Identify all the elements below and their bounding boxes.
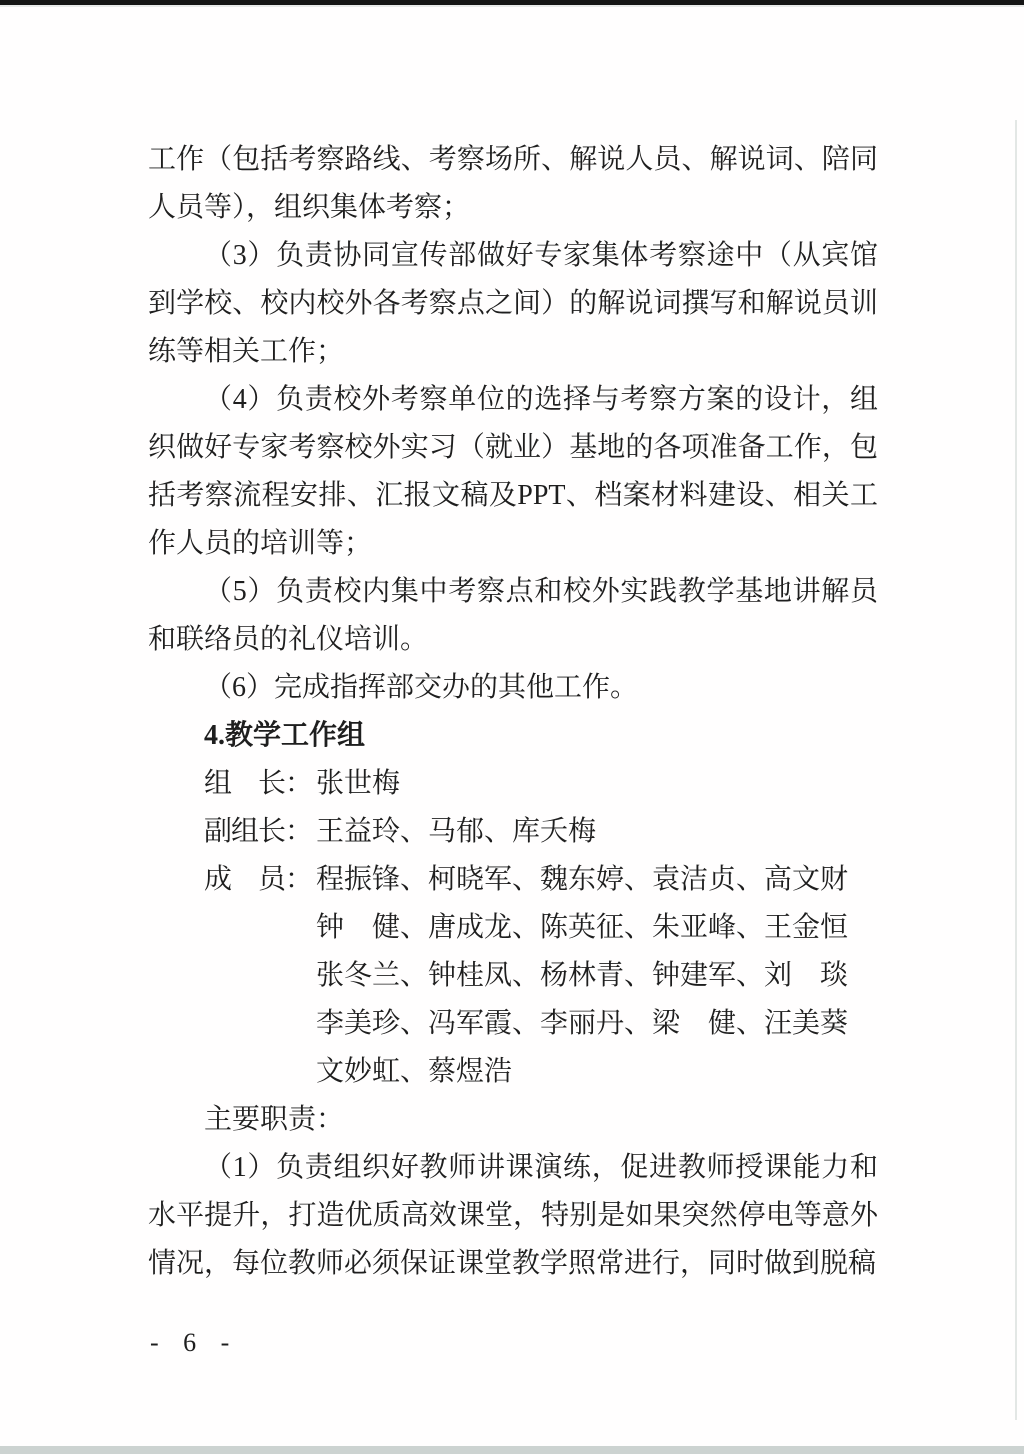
roster-names-members-line-2: 钟 健、唐成龙、陈英征、朱亚峰、王金恒	[148, 904, 878, 952]
roster-names-members-line-5: 文妙虹、蔡煜浩	[148, 1048, 878, 1096]
paragraph-duty-1: （1）负责组织好教师讲课演练，促进教师授课能力和水平提升，打造优质高效课堂，特别…	[148, 1144, 878, 1288]
roster-label-members: 成 员：	[204, 856, 316, 904]
roster-row-members: 成 员： 程振锋、柯晓军、魏东婷、袁洁贞、高文财	[148, 856, 878, 904]
roster-row-leader: 组 长： 张世梅	[148, 760, 878, 808]
roster-label-deputy: 副组长：	[204, 808, 316, 856]
roster-names-members-line-3: 张冬兰、钟桂凤、杨林青、钟建军、刘 琰	[148, 952, 878, 1000]
paragraph-item-5: （5）负责校内集中考察点和校外实践教学基地讲解员和联络员的礼仪培训。	[148, 568, 878, 664]
paragraph-item-4: （4）负责校外考察单位的选择与考察方案的设计，组织做好专家考察校外实习（就业）基…	[148, 376, 878, 568]
roster-names-members-line-1: 程振锋、柯晓军、魏东婷、袁洁贞、高文财	[316, 856, 878, 904]
roster-names-leader: 张世梅	[316, 760, 878, 808]
paragraph-continuation: 工作（包括考察路线、考察场所、解说人员、解说词、陪同人员等），组织集体考察；	[148, 136, 878, 232]
page-number: - 6 -	[150, 1328, 238, 1358]
roster-names-deputy: 王益玲、马郁、库夭梅	[316, 808, 878, 856]
scanned-document-page: 工作（包括考察路线、考察场所、解说人员、解说词、陪同人员等），组织集体考察； （…	[0, 0, 1024, 1454]
roster-row-deputy: 副组长： 王益玲、马郁、库夭梅	[148, 808, 878, 856]
scan-edge-top	[0, 0, 1024, 5]
scan-edge-right	[1015, 120, 1017, 1420]
document-body: 工作（包括考察路线、考察场所、解说人员、解说词、陪同人员等），组织集体考察； （…	[148, 136, 878, 1288]
duties-heading: 主要职责：	[148, 1096, 878, 1144]
section-heading-teaching-group: 4.教学工作组	[148, 712, 878, 760]
roster-names-members-line-4: 李美珍、冯军霞、李丽丹、梁 健、汪美葵	[148, 1000, 878, 1048]
roster-label-leader: 组 长：	[204, 760, 316, 808]
paragraph-item-3: （3）负责协同宣传部做好专家集体考察途中（从宾馆到学校、校内校外各考察点之间）的…	[148, 232, 878, 376]
paragraph-item-6: （6）完成指挥部交办的其他工作。	[148, 664, 878, 712]
scan-edge-bottom	[0, 1446, 1024, 1454]
